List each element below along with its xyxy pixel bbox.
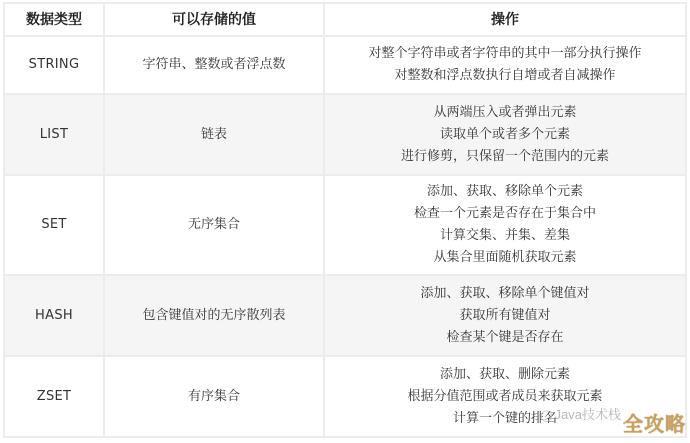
watermark-source: Java技术栈 (555, 404, 621, 423)
table-row-list: LIST 链表 从两端压入或者弹出元素 读取单个或者多个元素 进行修剪，只保留一… (4, 94, 686, 175)
op-line: 对整数和浮点数执行自增或者自减操作 (329, 65, 681, 87)
op-line: 添加、获取、删除元素 (329, 364, 681, 386)
op-line: 读取单个或者多个元素 (329, 124, 681, 146)
value-cell: 包含键值对的无序散列表 (104, 275, 324, 356)
ops-cell: 添加、获取、移除单个元素 检查一个元素是否存在于集合中 计算交集、并集、差集 从… (324, 175, 686, 275)
op-line: 检查一个元素是否存在于集合中 (329, 203, 681, 225)
op-line: 检查某个键是否存在 (329, 327, 681, 349)
type-cell: ZSET (4, 356, 104, 437)
op-line: 获取所有键值对 (329, 305, 681, 327)
op-line: 对整个字符串或者字符串的其中一部分执行操作 (329, 43, 681, 65)
wechat-icon: ◯ (540, 409, 552, 422)
type-cell: HASH (4, 275, 104, 356)
op-line: 添加、获取、移除单个元素 (329, 181, 681, 203)
header-storable-value: 可以存储的值 (104, 3, 324, 36)
ops-cell: 从两端压入或者弹出元素 读取单个或者多个元素 进行修剪，只保留一个范围内的元素 (324, 94, 686, 175)
table-header-row: 数据类型 可以存储的值 操作 (4, 3, 686, 36)
op-line: 根据分值范围或者成员来获取元素 (329, 386, 681, 408)
op-line: 进行修剪，只保留一个范围内的元素 (329, 146, 681, 168)
ops-cell: 添加、获取、移除单个键值对 获取所有键值对 检查某个键是否存在 (324, 275, 686, 356)
table-row-string: STRING 字符串、整数或者浮点数 对整个字符串或者字符串的其中一部分执行操作… (4, 36, 686, 94)
watermark-brand: 全攻略 (623, 408, 686, 437)
redis-data-types-table-container: 数据类型 可以存储的值 操作 STRING 字符串、整数或者浮点数 对整个字符串… (3, 2, 687, 438)
value-cell: 字符串、整数或者浮点数 (104, 36, 324, 94)
table-row-set: SET 无序集合 添加、获取、移除单个元素 检查一个元素是否存在于集合中 计算交… (4, 175, 686, 275)
table-row-hash: HASH 包含键值对的无序散列表 添加、获取、移除单个键值对 获取所有键值对 检… (4, 275, 686, 356)
type-cell: STRING (4, 36, 104, 94)
watermark: ◯ Java技术栈 全攻略 (540, 408, 686, 437)
header-data-type: 数据类型 (4, 3, 104, 36)
op-line: 从集合里面随机获取元素 (329, 247, 681, 269)
op-line: 计算交集、并集、差集 (329, 225, 681, 247)
op-line: 添加、获取、移除单个键值对 (329, 283, 681, 305)
value-cell: 链表 (104, 94, 324, 175)
value-cell: 无序集合 (104, 175, 324, 275)
ops-cell: 对整个字符串或者字符串的其中一部分执行操作 对整数和浮点数执行自增或者自减操作 (324, 36, 686, 94)
type-cell: SET (4, 175, 104, 275)
type-cell: LIST (4, 94, 104, 175)
header-operations: 操作 (324, 3, 686, 36)
value-cell: 有序集合 (104, 356, 324, 437)
op-line: 从两端压入或者弹出元素 (329, 102, 681, 124)
redis-data-types-table: 数据类型 可以存储的值 操作 STRING 字符串、整数或者浮点数 对整个字符串… (3, 2, 687, 438)
